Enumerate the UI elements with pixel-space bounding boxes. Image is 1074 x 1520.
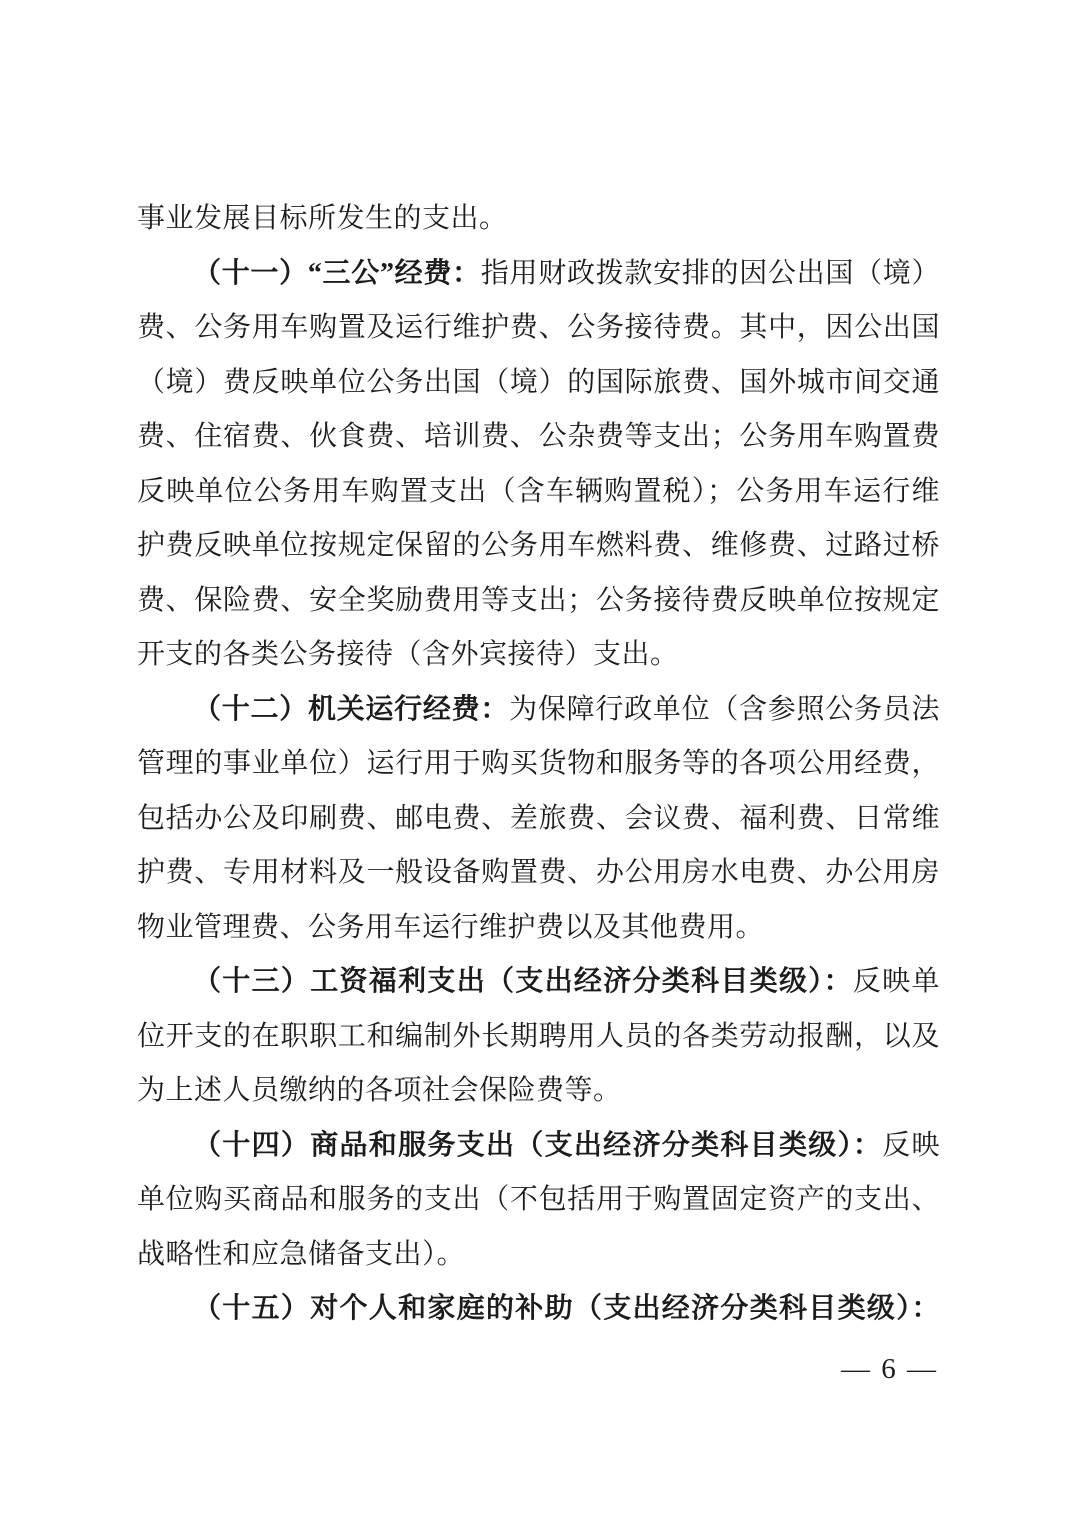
document-line: 护费、专用材料及一般设备购置费、办公用房水电费、办公用房	[137, 846, 940, 901]
term-label: （十五）对个人和家庭的补助（支出经济分类科目类级）：	[193, 1293, 940, 1324]
document-line: 为上述人员缴纳的各项社会保险费等。	[137, 1064, 940, 1119]
document-line: （十四）商品和服务支出（支出经济分类科目类级）：反映	[137, 1119, 940, 1174]
line-text: （境）费反映单位公务出国（境）的国际旅费、国外城市间交通	[137, 367, 940, 398]
document-line: 费、住宿费、伙食费、培训费、公杂费等支出；公务用车购置费	[137, 410, 940, 465]
document-line: 反映单位公务用车购置支出（含车辆购置税）；公务用车运行维	[137, 465, 940, 520]
term-label: （十三）工资福利支出（支出经济分类科目类级）：	[193, 966, 853, 997]
document-line: （十二）机关运行经费：为保障行政单位（含参照公务员法	[137, 683, 940, 738]
document-line: （境）费反映单位公务出国（境）的国际旅费、国外城市间交通	[137, 356, 940, 411]
line-text: 为上述人员缴纳的各项社会保险费等。	[137, 1075, 622, 1106]
document-body: 事业发展目标所发生的支出。（十一）“三公”经费：指用财政拨款安排的因公出国（境）…	[137, 192, 940, 1337]
document-line: （十一）“三公”经费：指用财政拨款安排的因公出国（境）	[137, 247, 940, 302]
document-line: 事业发展目标所发生的支出。	[137, 192, 940, 247]
term-label: （十四）商品和服务支出（支出经济分类科目类级）：	[193, 1130, 882, 1161]
line-text: 护费反映单位按规定保留的公务用车燃料费、维修费、过路过桥	[137, 530, 940, 561]
document-line: 包括办公及印刷费、邮电费、差旅费、会议费、福利费、日常维	[137, 792, 940, 847]
document-line: （十五）对个人和家庭的补助（支出经济分类科目类级）：	[137, 1282, 940, 1337]
line-text: 物业管理费、公务用车运行维护费以及其他费用。	[137, 912, 764, 943]
term-label: （十二）机关运行经费：	[193, 694, 509, 725]
line-text: 事业发展目标所发生的支出。	[137, 203, 508, 234]
document-line: （十三）工资福利支出（支出经济分类科目类级）：反映单	[137, 955, 940, 1010]
line-text: 指用财政拨款安排的因公出国（境）	[481, 258, 940, 289]
line-text: 费、保险费、安全奖励费用等支出；公务接待费反映单位按规定	[137, 585, 940, 616]
line-text: 管理的事业单位）运行用于购买货物和服务等的各项公用经费，	[137, 748, 940, 779]
document-line: 费、保险费、安全奖励费用等支出；公务接待费反映单位按规定	[137, 574, 940, 629]
line-text: 开支的各类公务接待（含外宾接待）支出。	[137, 639, 679, 670]
line-text: 护费、专用材料及一般设备购置费、办公用房水电费、办公用房	[137, 857, 940, 888]
term-label: （十一）“三公”经费：	[193, 258, 481, 289]
document-line: 战略性和应急储备支出）。	[137, 1228, 940, 1283]
document-line: 管理的事业单位）运行用于购买货物和服务等的各项公用经费，	[137, 737, 940, 792]
line-text: 反映单位公务用车购置支出（含车辆购置税）；公务用车运行维	[137, 476, 940, 507]
document-line: 位开支的在职职工和编制外长期聘用人员的各类劳动报酬，以及	[137, 1010, 940, 1065]
line-text: 费、住宿费、伙食费、培训费、公杂费等支出；公务用车购置费	[137, 421, 940, 452]
document-line: 单位购买商品和服务的支出（不包括用于购置固定资产的支出、	[137, 1173, 940, 1228]
line-text: 反映	[882, 1130, 940, 1161]
line-text: 为保障行政单位（含参照公务员法	[509, 694, 940, 725]
line-text: 反映单	[853, 966, 940, 997]
line-text: 包括办公及印刷费、邮电费、差旅费、会议费、福利费、日常维	[137, 803, 940, 834]
line-text: 战略性和应急储备支出）。	[137, 1239, 465, 1270]
line-text: 单位购买商品和服务的支出（不包括用于购置固定资产的支出、	[137, 1184, 940, 1215]
line-text: 位开支的在职职工和编制外长期聘用人员的各类劳动报酬，以及	[137, 1021, 940, 1052]
document-line: 护费反映单位按规定保留的公务用车燃料费、维修费、过路过桥	[137, 519, 940, 574]
document-line: 物业管理费、公务用车运行维护费以及其他费用。	[137, 901, 940, 956]
document-line: 费、公务用车购置及运行维护费、公务接待费。其中，因公出国	[137, 301, 940, 356]
document-line: 开支的各类公务接待（含外宾接待）支出。	[137, 628, 940, 683]
line-text: 费、公务用车购置及运行维护费、公务接待费。其中，因公出国	[137, 312, 940, 343]
page-number: — 6 —	[841, 1352, 938, 1386]
